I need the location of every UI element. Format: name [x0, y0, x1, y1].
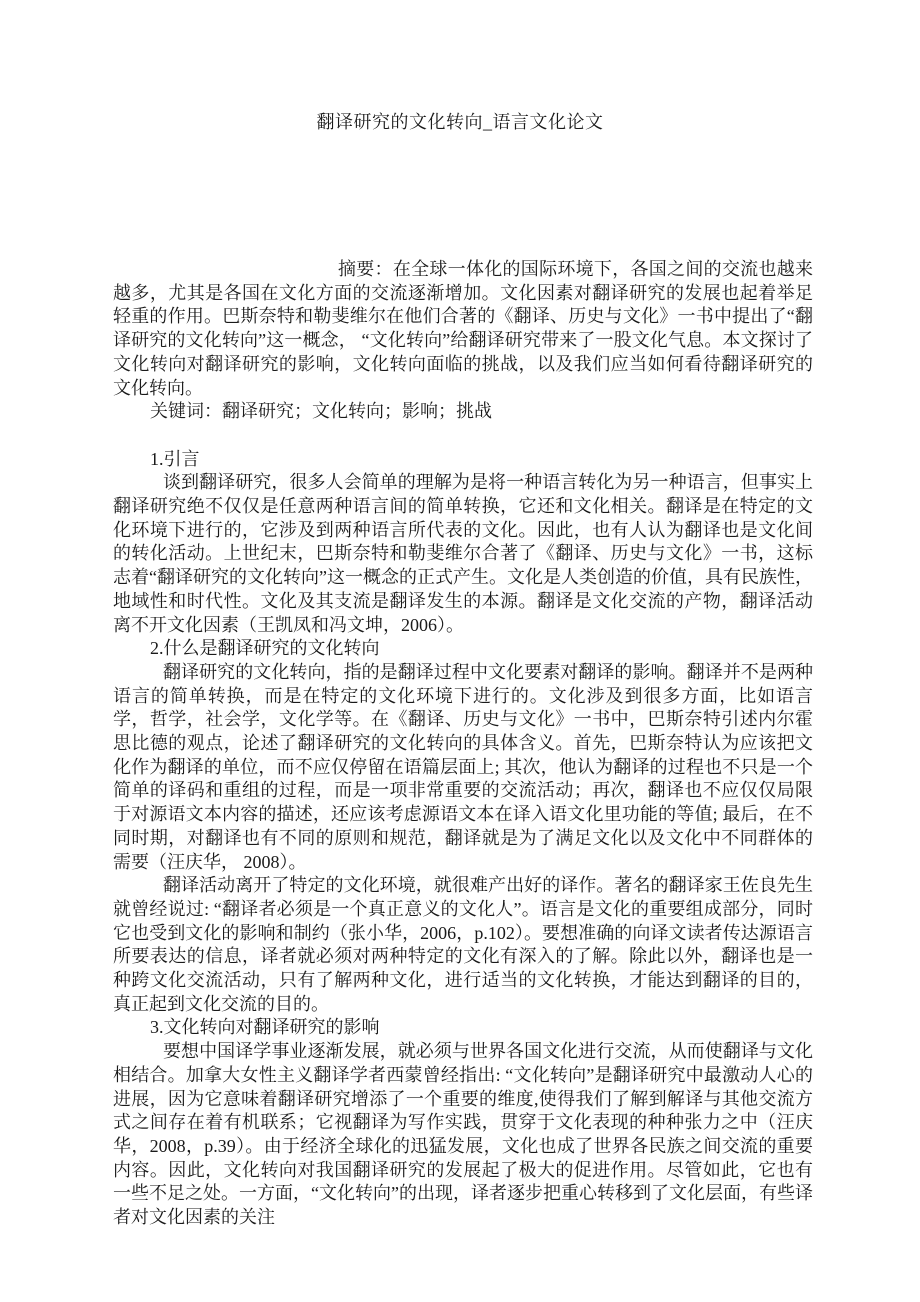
section-heading-2: 2.什么是翻译研究的文化转向	[113, 637, 813, 661]
document-body: 摘要：在全球一体化的国际环境下，各国之间的交流也越来越多，尤其是各国在文化方面的…	[113, 258, 813, 1230]
section-3-paragraph-1: 要想中国译学事业逐渐发展，就必须与世界各国文化进行交流，从而使翻译与文化相结合。…	[113, 1040, 813, 1230]
blank-line-spacer	[113, 424, 813, 448]
section-heading-1: 1.引言	[113, 448, 813, 472]
section-heading-3: 3.文化转向对翻译研究的影响	[113, 1016, 813, 1040]
section-influence-of-cultural-turn: 3.文化转向对翻译研究的影响 要想中国译学事业逐渐发展，就必须与世界各国文化进行…	[113, 1016, 813, 1229]
abstract-paragraph: 摘要：在全球一体化的国际环境下，各国之间的交流也越来越多，尤其是各国在文化方面的…	[113, 258, 813, 400]
document-title: 翻译研究的文化转向_语言文化论文	[0, 0, 920, 134]
section-2-paragraph-1: 翻译研究的文化转向，指的是翻译过程中文化要素对翻译的影响。翻译并不是两种语言的简…	[113, 661, 813, 874]
keywords-line: 关键词：翻译研究；文化转向；影响；挑战	[113, 400, 813, 424]
section-what-is-cultural-turn: 2.什么是翻译研究的文化转向 翻译研究的文化转向，指的是翻译过程中文化要素对翻译…	[113, 637, 813, 1016]
section-introduction: 1.引言 谈到翻译研究，很多人会简单的理解为是将一种语言转化为另一种语言，但事实…	[113, 448, 813, 638]
document-page: 翻译研究的文化转向_语言文化论文 摘要：在全球一体化的国际环境下，各国之间的交流…	[0, 0, 920, 1302]
section-2-paragraph-2: 翻译活动离开了特定的文化环境，就很难产出好的译作。著名的翻译家王佐良先生就曾经说…	[113, 874, 813, 1016]
section-1-paragraph-1: 谈到翻译研究，很多人会简单的理解为是将一种语言转化为另一种语言，但事实上翻译研究…	[113, 471, 813, 637]
